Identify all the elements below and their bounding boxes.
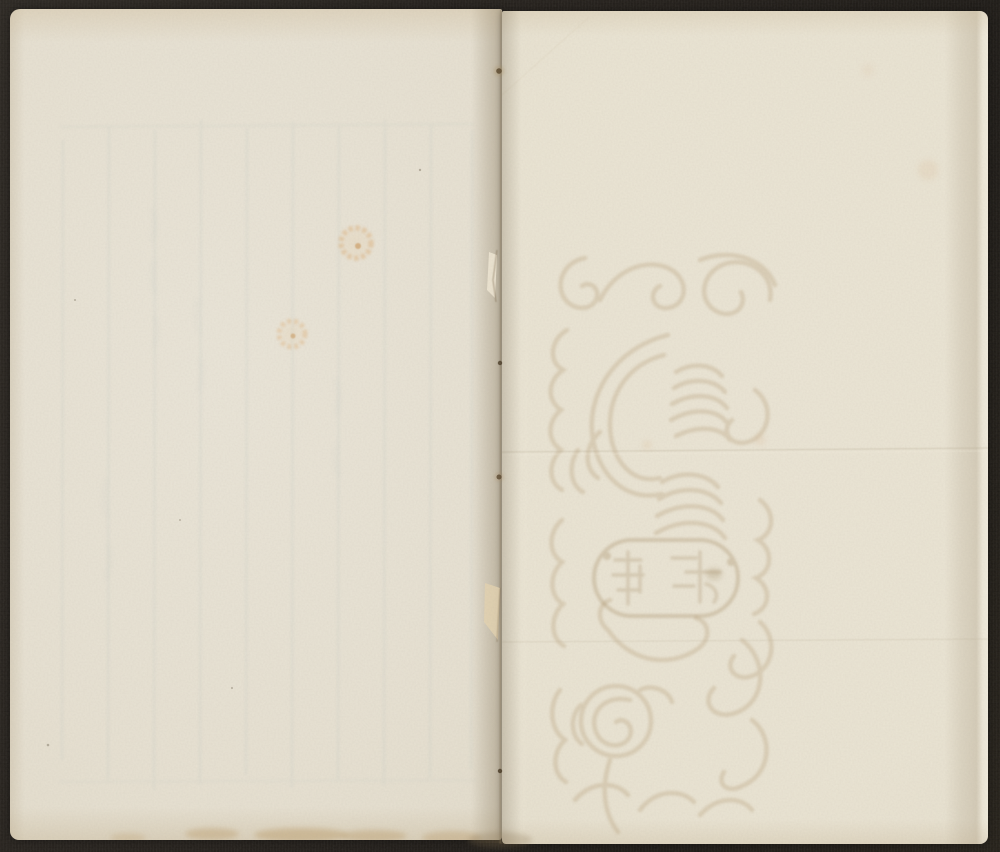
left-page: [10, 9, 502, 840]
book-photograph: [0, 0, 1000, 852]
right-page: [502, 11, 988, 844]
